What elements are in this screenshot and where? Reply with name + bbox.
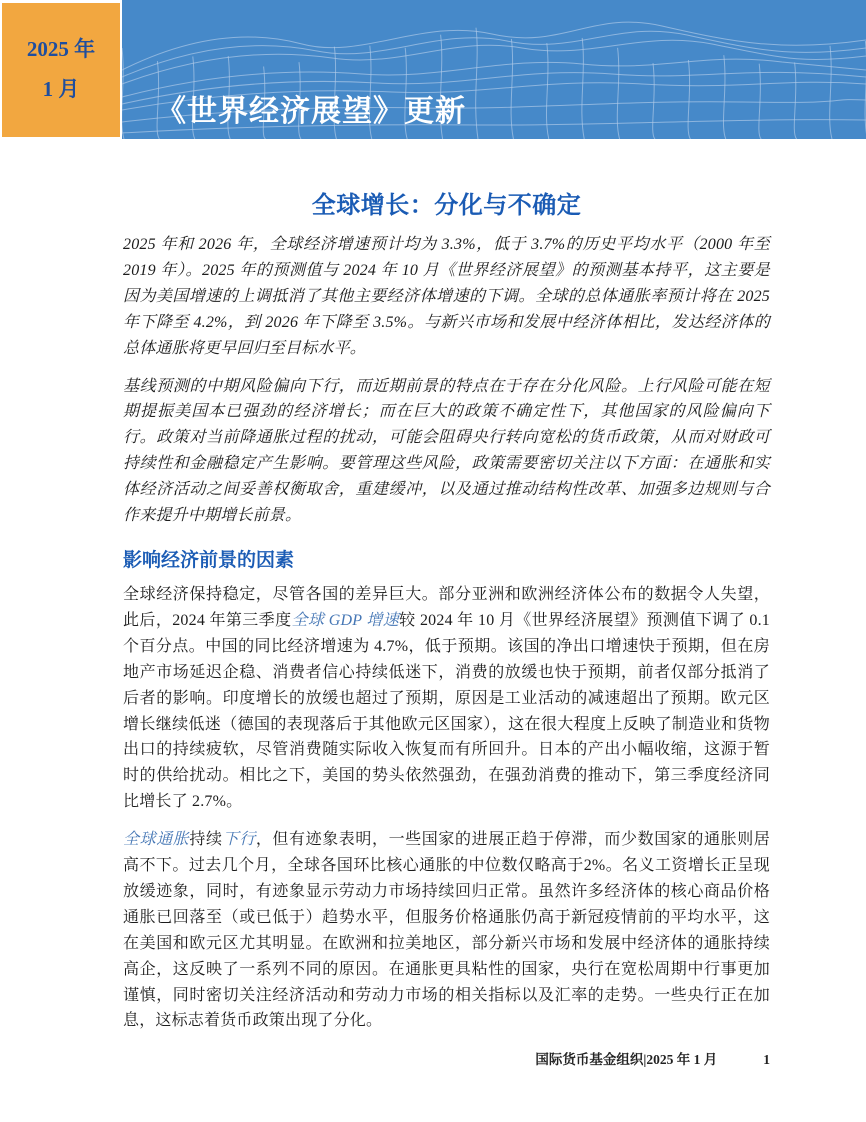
issue-date-box: 2025 年 1 月 bbox=[2, 3, 120, 137]
section-heading-factors: 影响经济前景的因素 bbox=[123, 545, 770, 572]
paragraph-inflation-text-1: 持续 bbox=[189, 831, 222, 848]
issue-month: 1 月 bbox=[43, 70, 80, 110]
page-footer: 国际货币基金组织|2025 年 1 月 1 bbox=[123, 1048, 770, 1068]
global-gdp-growth-link[interactable]: 全球 GDP 增速 bbox=[292, 612, 400, 629]
intro-paragraph-2: 基线预测的中期风险偏向下行，而近期前景的特点在于存在分化风险。上行风险可能在短期… bbox=[123, 374, 770, 529]
footer-page-number: 1 bbox=[763, 1052, 770, 1068]
paragraph-gdp-text-2: 较 2024 年 10 月《世界经济展望》预测值下调了 0.1 个百分点。中国的… bbox=[123, 612, 770, 810]
issue-year: 2025 年 bbox=[27, 30, 95, 70]
declining-link[interactable]: 下行 bbox=[223, 831, 256, 848]
intro-paragraph-1: 2025 年和 2026 年，全球经济增速预计均为 3.3%，低于 3.7%的历… bbox=[123, 232, 770, 362]
paragraph-gdp: 全球经济保持稳定，尽管各国的差异巨大。部分亚洲和欧洲经济体公布的数据令人失望，此… bbox=[123, 582, 770, 815]
header-band: 《世界经济展望》更新 bbox=[122, 0, 866, 139]
footer-publisher: 国际货币基金组织|2025 年 1 月 bbox=[535, 1048, 717, 1068]
report-title: 《世界经济展望》更新 bbox=[156, 86, 466, 130]
paragraph-inflation-text-2: ，但有迹象表明，一些国家的进展正趋于停滞，而少数国家的通胀则居高不下。过去几个月… bbox=[123, 831, 770, 1029]
global-inflation-link[interactable]: 全球通胀 bbox=[123, 831, 189, 848]
article-title: 全球增长：分化与不确定 bbox=[123, 185, 770, 220]
article-body: 全球增长：分化与不确定 2025 年和 2026 年，全球经济增速预计均为 3.… bbox=[123, 139, 770, 1046]
document-page: 《世界经济展望》更新 2025 年 1 月 全球增长：分化与不确定 2025 年… bbox=[0, 0, 866, 1122]
paragraph-inflation: 全球通胀持续下行，但有迹象表明，一些国家的进展正趋于停滞，而少数国家的通胀则居高… bbox=[123, 827, 770, 1034]
